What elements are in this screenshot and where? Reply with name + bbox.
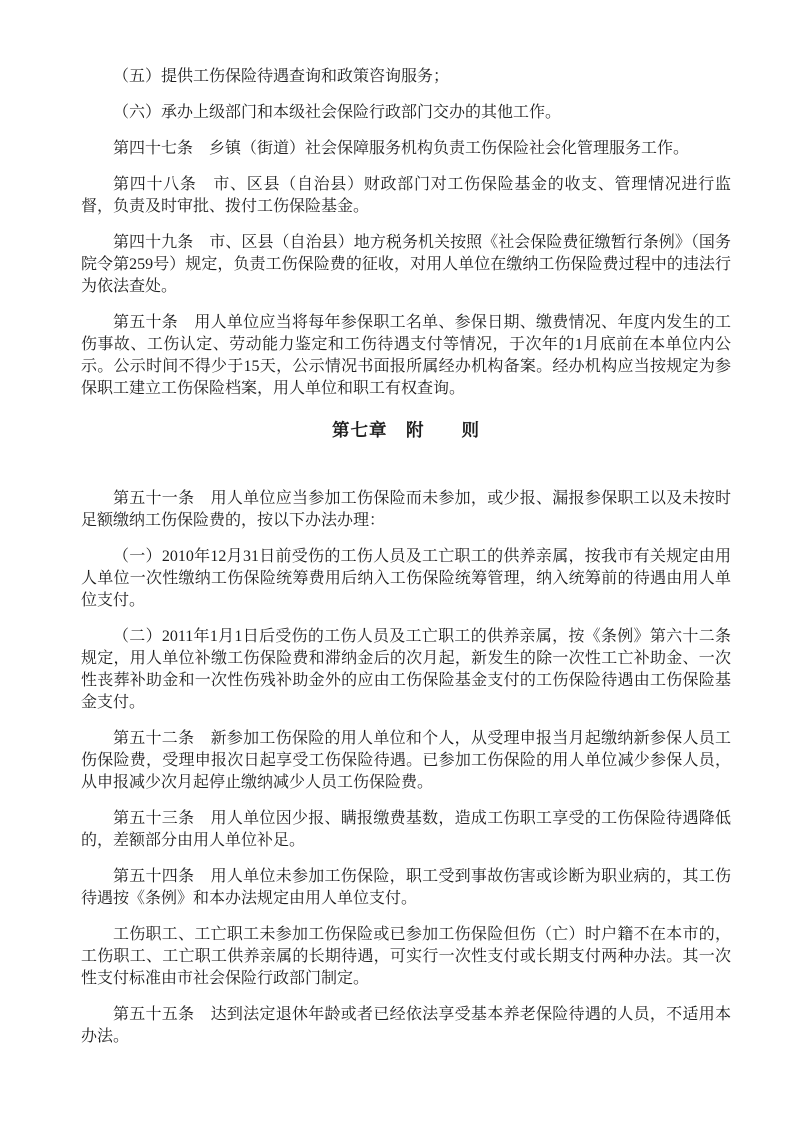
- article-51-item-1: （一）2010年12月31日前受伤的工伤人员及工亡职工的供养亲属，按我市有关规定…: [81, 546, 731, 612]
- document-page: （五）提供工伤保险待遇查询和政策咨询服务； （六）承办上级部门和本级社会保险行政…: [0, 0, 793, 1122]
- article-53: 第五十三条 用人单位因少报、瞒报缴费基数，造成工伤职工享受的工伤保险待遇降低的，…: [81, 808, 731, 852]
- document-content: （五）提供工伤保险待遇查询和政策咨询服务； （六）承办上级部门和本级社会保险行政…: [81, 66, 731, 1048]
- article-47: 第四十七条 乡镇（街道）社会保障服务机构负责工伤保险社会化管理服务工作。: [81, 138, 731, 160]
- list-item-5: （五）提供工伤保险待遇查询和政策咨询服务；: [81, 66, 731, 88]
- article-54: 第五十四条 用人单位未参加工伤保险，职工受到事故伤害或诊断为职业病的，其工伤待遇…: [81, 866, 731, 910]
- article-51: 第五十一条 用人单位应当参加工伤保险而未参加，或少报、漏报参保职工以及未按时足额…: [81, 488, 731, 532]
- article-49: 第四十九条 市、区县（自治县）地方税务机关按照《社会保险费征缴暂行条例》（国务院…: [81, 232, 731, 298]
- list-item-6: （六）承办上级部门和本级社会保险行政部门交办的其他工作。: [81, 102, 731, 124]
- article-55: 第五十五条 达到法定退休年龄或者已经依法享受基本养老保险待遇的人员，不适用本办法…: [81, 1004, 731, 1048]
- article-51-item-2: （二）2011年1月1日后受伤的工伤人员及工亡职工的供养亲属，按《条例》第六十二…: [81, 626, 731, 714]
- article-50: 第五十条 用人单位应当将每年参保职工名单、参保日期、缴费情况、年度内发生的工伤事…: [81, 312, 731, 400]
- article-48: 第四十八条 市、区县（自治县）财政部门对工伤保险基金的收支、管理情况进行监督，负…: [81, 174, 731, 218]
- article-52: 第五十二条 新参加工伤保险的用人单位和个人，从受理申报当月起缴纳新参保人员工伤保…: [81, 728, 731, 794]
- chapter-7-heading: 第七章 附 则: [81, 418, 731, 442]
- article-54-para-2: 工伤职工、工亡职工未参加工伤保险或已参加工伤保险但伤（亡）时户籍不在本市的，工伤…: [81, 924, 731, 990]
